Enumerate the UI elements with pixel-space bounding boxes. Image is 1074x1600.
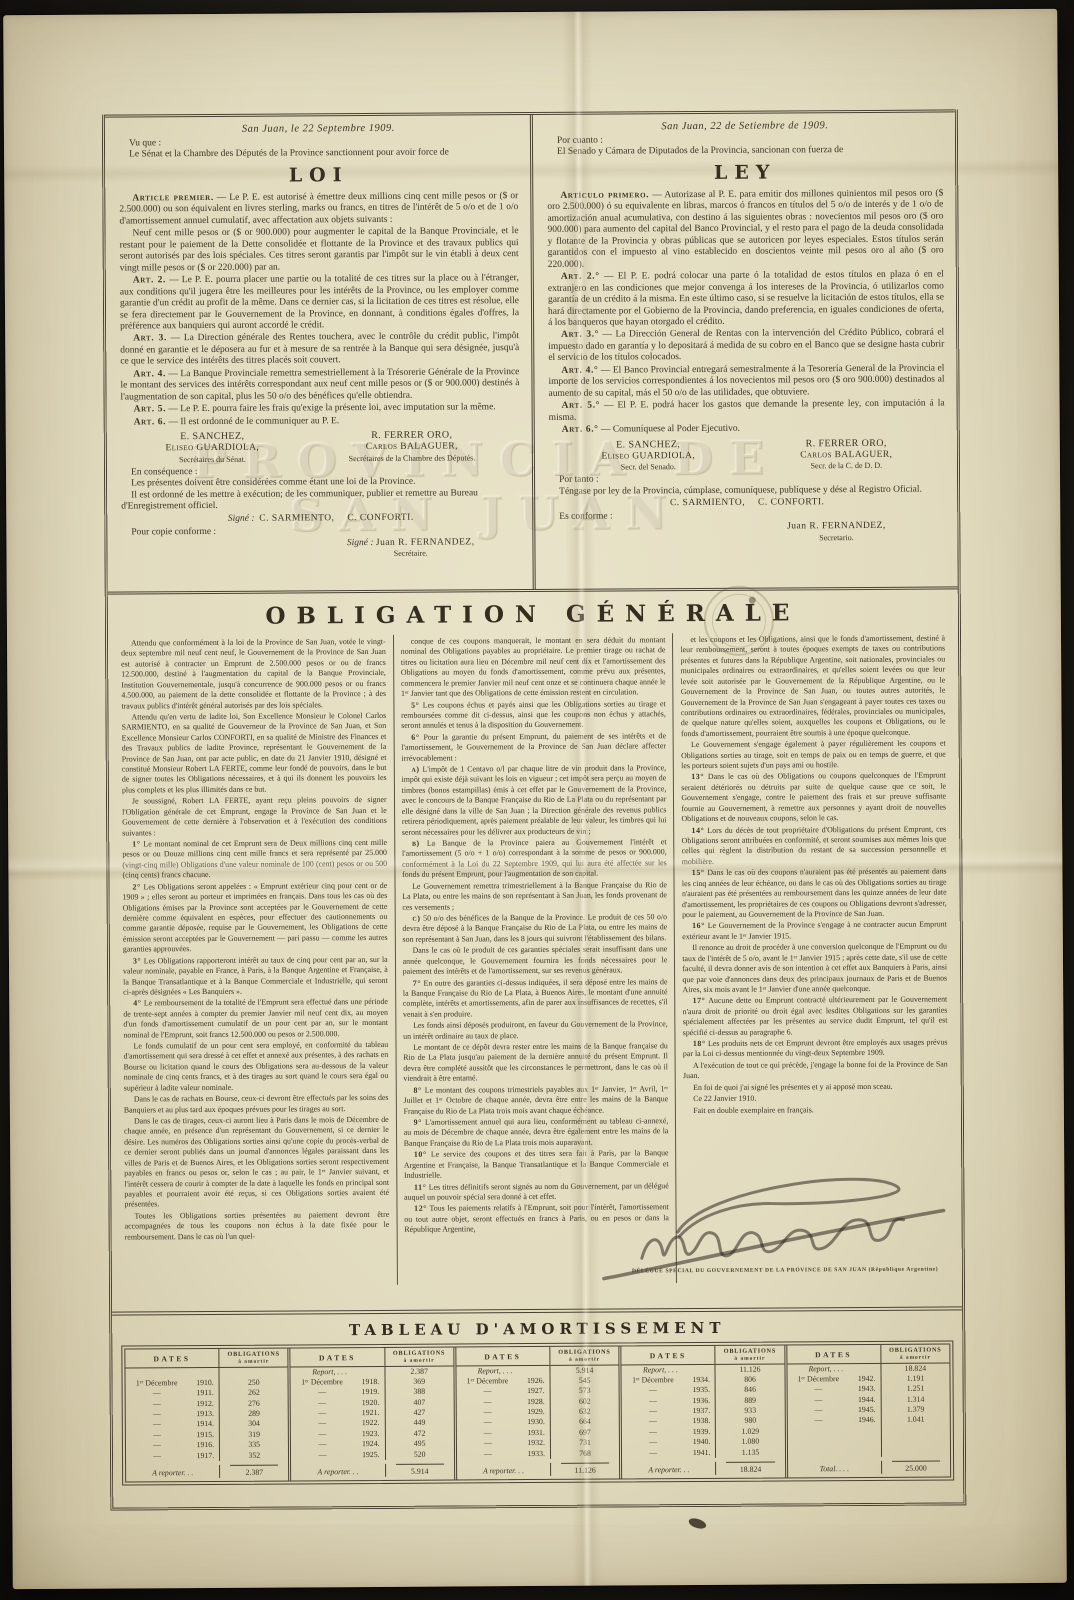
dateline-spanish: San Juan, 22 de Setiembre de 1909. (547, 119, 943, 134)
portanto-line: Téngase por ley de la Provincia, cúmplas… (549, 484, 945, 498)
clause-text: Les titres définitifs seront signés au n… (404, 1181, 669, 1202)
clause-text: Dans le cas de tirages, ceux-ci auront l… (124, 1115, 389, 1209)
article-lead: Art. 6. (134, 417, 166, 427)
table-footer-row: A reporter. . . 18.824 (622, 1461, 785, 1479)
obligation-paragraph: Le montant de ce dépôt devra rester entr… (403, 1041, 668, 1084)
obligation-paragraph: A l'exécution de tout ce qui précède, j'… (683, 1059, 948, 1081)
article-text: — Il est ordonné de le communiquer au P.… (168, 416, 339, 427)
signatory-role: Secrétaires du Sénat. (166, 455, 260, 465)
article-text: — La Direction générale des Rentes touch… (120, 332, 519, 367)
clause-text: Dans le cas où le produit de ces garanti… (403, 944, 668, 975)
law-article: Art. 4. — La Banque Provinciale remettra… (120, 367, 519, 404)
law-section: San Juan, le 22 Septembre 1909. Vu que :… (105, 109, 958, 594)
obligation-paragraph: Attendu qu'en vertu de ladite loi, Son E… (121, 711, 386, 796)
clause-text: et les coupons et les Obligations, ainsi… (680, 633, 945, 737)
obligation-paragraph: conque de ces coupons manquerait, le mon… (401, 635, 666, 699)
obligation-paragraph: 16° Le Gouvernement de la Province s'eng… (682, 920, 947, 942)
obligation-paragraph: 18° Les produits nets de cet Emprunt dev… (683, 1038, 948, 1060)
clause-lead: 9° (414, 1118, 422, 1127)
article-lead: Art. 5.° (562, 401, 600, 411)
clause-text: Dans le cas où des coupons n'auraient pa… (682, 867, 947, 919)
clause-lead: 7° (413, 978, 421, 987)
table-rows: 1ᵉʳ Décembre1942. 1.191 —1943. 1.251 —19… (787, 1373, 950, 1457)
table-row: —1925. 520 (291, 1449, 453, 1460)
clause-text: Le montant de ce dépôt devra rester entr… (403, 1041, 668, 1083)
french-law-column: San Juan, le 22 Septembre 1909. Vu que :… (105, 115, 533, 592)
document-paper: PROVINCIA DE SAN JUAN San Juan, le 22 Se… (3, 9, 1067, 1589)
clause-text: Les produits nets de cet Emprunt devront… (683, 1038, 948, 1059)
obligation-paragraph: Les fonds ainsi déposés produiront, en f… (403, 1019, 668, 1041)
article-lead: Art. 2. (133, 275, 166, 285)
clause-lead: 15° (692, 868, 705, 877)
table-group-2: DATES OBLIGATIONSà amortir Report, . . .… (288, 1348, 454, 1481)
law-article: Art. 6. — Il est ordonné de le communiqu… (121, 415, 520, 429)
table-rows: 1ᵉʳ Décembre1926. 545 —1927. 573 —1928. (456, 1375, 619, 1459)
obligation-paragraph: 1° Le montant nominal de cet Emprunt ser… (122, 838, 387, 881)
clause-lead: 16° (692, 921, 705, 930)
obligations-header: OBLIGATIONSà amortir (220, 1349, 288, 1367)
obligation-paragraph: 15° Dans le cas où des coupons n'auraien… (682, 867, 947, 921)
obligation-paragraph: Toutes les Obligations sorties présentée… (125, 1210, 390, 1243)
table-header-row: DATES OBLIGATIONSà amortir (125, 1349, 288, 1368)
signature-block-senate: E. SANCHEZ, Eliseo GUARDIOLA, Secrétaire… (165, 431, 259, 465)
law-intro-line: El Senado y Cámara de Diputados de la Pr… (547, 145, 943, 159)
signed-prefix: Signé : (347, 537, 374, 547)
clause-text: Lors du décès de tout propriétaire d'Obl… (682, 824, 947, 866)
table-rows: 1ᵉʳ Décembre1934. 806 —1935. 846 —1936. (622, 1374, 785, 1458)
clause-lead: 1° (132, 839, 140, 848)
table-row (788, 1446, 950, 1457)
article-lead: Art. 6.° (562, 425, 599, 435)
clause-lead: 11° (414, 1182, 426, 1191)
law-heading-french: LOI (119, 163, 518, 188)
clause-text: Le remboursement de la totalité de l'Emp… (123, 997, 388, 1039)
signatory-name: Carlos BALAGUER, (800, 450, 892, 462)
obligation-paragraph: c) 50 o/o des bénéfices de la Banque de … (402, 912, 667, 945)
signatory-name: R. FERRER ORO, (800, 438, 892, 451)
obligation-paragraph: 17° Aucune dette ou Emprunt contracté ul… (683, 995, 948, 1038)
clause-text: Toutes les Obligations sorties présentée… (125, 1210, 390, 1241)
obligation-paragraph: a) L'impôt de 1 Centavo o/l par chaque l… (401, 763, 666, 838)
obligation-paragraph: Dans le cas de tirages, ceux-ci auront l… (124, 1115, 389, 1210)
law-heading-spanish: LEY (547, 160, 943, 185)
signed-prefix: Signé : (228, 513, 255, 523)
clause-lead: 14° (692, 826, 705, 835)
law-article: Article premier. — Le P. E. est autorisé… (119, 191, 518, 228)
spanish-articles: Artículo primero. — Autorizase al P. E. … (547, 188, 944, 437)
clause-text: Le fonds cumulatif de un pour cent sera … (124, 1040, 389, 1092)
law-article: Art. 3. — La Direction générale des Rent… (120, 332, 519, 369)
law-article: Art. 6.° — Comuníquese al Poder Ejecutiv… (549, 423, 945, 437)
law-article: Art. 2. — Le P. E. pourra placer une par… (120, 273, 519, 333)
article-text: Neuf cent mille pesos or ($ or 900.000) … (120, 226, 519, 273)
table-header-row: DATES OBLIGATIONSà amortir (787, 1344, 950, 1363)
obligation-paragraph: Il renonce au droit de procéder à une co… (682, 942, 947, 996)
signatory-role: Secr. de la C. de D. D. (800, 461, 892, 471)
obligation-paragraph: 8° Le montant des coupons trimestriels p… (403, 1084, 668, 1117)
clause-text: Le montant nominal de cet Emprunt sera d… (122, 838, 387, 880)
signed-role: Secretario. (728, 532, 946, 543)
obligation-column-1: Attendu que conformément à la loi de la … (114, 635, 397, 1287)
photo-backdrop: { "law_fr": { "dateline": "San Juan, le … (0, 0, 1074, 1600)
signatory-name: E. SANCHEZ, (601, 439, 695, 452)
obligation-paragraph: 12° Tous les paiements relatifs à l'Empr… (404, 1203, 669, 1236)
clause-lead: a) (411, 765, 419, 774)
ink-blot (687, 1517, 707, 1531)
clause-text: Les coupons échus et payés ainsi que les… (401, 699, 666, 730)
table-row: —1933. 768 (457, 1448, 619, 1459)
signatory-name: Carlos BALAGUER, (349, 442, 476, 454)
article-text: — La Dirección General de Rentas con la … (548, 328, 944, 363)
clause-text: L'impôt de 1 Centavo o/l par chaque litr… (402, 763, 667, 836)
amortization-table: DATES OBLIGATIONSà amortir 1ᵉʳ Décembre1… (121, 1340, 954, 1485)
clause-text: Fait en double exemplaire en français. (693, 1105, 814, 1115)
french-articles: Article premier. — Le P. E. est autorisé… (119, 191, 519, 429)
article-text: — El Banco Provincial entregará semestra… (548, 363, 944, 398)
clause-lead: 3° (133, 956, 141, 965)
article-lead: Art. 2.° (561, 272, 600, 282)
dates-header: DATES (622, 1346, 716, 1364)
law-article: Art. 2.° — El P. E. podrá colocar una pa… (548, 270, 944, 330)
clause-text: L'amortissement annuel qui aura lieu, co… (404, 1116, 669, 1147)
table-header-row: DATES OBLIGATIONSà amortir (456, 1346, 619, 1365)
clause-text: En foi de quoi j'ai signé les présentes … (693, 1082, 893, 1092)
amortization-table-inner: DATES OBLIGATIONSà amortir 1ᵉʳ Décembre1… (124, 1343, 951, 1482)
signatory-name: Eliseo GUARDIOLA, (165, 443, 259, 455)
table-group-4: DATES OBLIGATIONSà amortir Report, . . .… (619, 1345, 785, 1478)
obligations-header: OBLIGATIONSà amortir (716, 1345, 784, 1363)
signed-name: Juan R. FERNANDEZ, (787, 521, 886, 532)
clause-text: Le service des coupons et des titres ser… (404, 1148, 669, 1179)
clause-lead: 6° (411, 733, 419, 742)
signatory-name: Eliseo GUARDIOLA, (601, 451, 695, 463)
clause-lead: 5° (411, 700, 419, 709)
table-group-5: DATES OBLIGATIONSà amortir Report, . . .… (784, 1344, 950, 1477)
secretaries-signatures: E. SANCHEZ, Eliseo GUARDIOLA, Secrétaire… (121, 429, 520, 465)
article-text: — El P. E. podrá colocar una parte ó la … (548, 270, 944, 328)
obligations-header: OBLIGATIONSà amortir (385, 1348, 453, 1366)
obligation-paragraph: Je soussigné, Robert LA FERTE, ayant reç… (122, 795, 387, 838)
dates-header: DATES (125, 1349, 219, 1367)
clause-text: La Banque de la Province paiera au Gouve… (402, 837, 667, 879)
law-article: Artículo primero. — Autorizase al P. E. … (547, 188, 943, 271)
table-header-row: DATES OBLIGATIONSà amortir (622, 1345, 785, 1364)
signature-block-deputies: R. FERRER ORO, Carlos BALAGUER, Secr. de… (800, 438, 892, 472)
obligation-paragraph: 7° En outre des garanties ci-dessus indi… (403, 977, 668, 1020)
clause-text: Le Gouvernement de la Province s'engage … (682, 920, 947, 941)
obligations-header: OBLIGATIONSà amortir (550, 1346, 618, 1364)
spanish-law-column: San Juan, 22 de Setiembre de 1909. Por c… (530, 112, 958, 589)
obligation-paragraph: 10° Le service des coupons et des titres… (404, 1148, 669, 1181)
obligation-paragraph: 13° Dans le cas où des Obligations ou co… (681, 771, 946, 825)
clause-text: Le Gouvernement remettra trimestrielleme… (402, 880, 667, 911)
article-lead: Artículo primero. (560, 190, 649, 201)
obligation-column-3: et les coupons et les Obligations, ainsi… (672, 631, 956, 1283)
clause-text: Attendu qu'en vertu de ladite loi, Son E… (122, 711, 387, 795)
secretary-signed-block: Signé : Juan R. FERNANDEZ, Secrétaire. (301, 537, 521, 559)
law-intro-line: Le Sénat et la Chambre des Députés de la… (119, 147, 518, 161)
obligation-paragraph: Fait en double exemplaire en français. (683, 1104, 948, 1116)
obligation-paragraph: 14° Lors du décès de tout propriétaire d… (682, 824, 947, 867)
obligation-paragraph: Le Gouvernement s'engage également à pay… (681, 739, 946, 772)
clause-text: Il renonce au droit de procéder à une co… (682, 942, 947, 994)
clause-text: Dans le cas de rachats en Bourse, ceux-c… (124, 1093, 389, 1114)
article-lead: Art. 5. (134, 405, 166, 415)
table-header-row: DATES OBLIGATIONSà amortir (291, 1348, 454, 1367)
clause-text: Les Obligations rapporteront intérêt au … (123, 955, 388, 997)
signatory-name: E. SANCHEZ, (165, 431, 259, 444)
table-footer-row: Total. . . . 25.000 (788, 1459, 951, 1477)
clause-text: Je soussigné, Robert LA FERTE, ayant reç… (122, 795, 387, 837)
article-lead: Art. 4. (133, 369, 166, 379)
dateline-french: San Juan, le 22 Septembre 1909. (119, 122, 518, 137)
clause-text: Les Obligations seront appelées : « Empr… (123, 881, 388, 954)
obligation-paragraph: 11° Les titres définitifs seront signés … (404, 1181, 669, 1203)
clause-lead: 12° (414, 1204, 427, 1213)
signatory-name: R. FERRER ORO, (348, 430, 475, 443)
clause-text: En outre des garanties ci-dessus indiqué… (403, 977, 668, 1019)
obligation-paragraph: 5° Les coupons échus et payés ainsi que … (401, 699, 666, 732)
table-footer-row: A reporter. . . 11.126 (457, 1462, 620, 1480)
obligation-paragraph: En foi de quoi j'ai signé les présentes … (683, 1081, 948, 1093)
table-rows: 1ᵉʳ Décembre1910. 250 —1911. 262 —1912. (126, 1377, 289, 1461)
clause-lead: 13° (691, 772, 704, 781)
table-rows: 1ᵉʳ Décembre1918. 369 —1919. 388 —1920. (291, 1376, 454, 1460)
clause-lead: 10° (414, 1150, 427, 1159)
obligation-paragraph: Dans le cas où le produit de ces garanti… (403, 944, 668, 977)
table-footer-row: A reporter. . . 2.387 (126, 1464, 289, 1482)
article-text: — El P. E. podrá hacer los gastos que de… (549, 399, 945, 423)
obligation-paragraph: Le Gouvernement remettra trimestrielleme… (402, 880, 667, 913)
clause-text: Le Gouvernement s'engage également à pay… (681, 739, 946, 770)
table-group-1: DATES OBLIGATIONSà amortir 1ᵉʳ Décembre1… (125, 1349, 288, 1482)
article-lead: Article premier. (132, 193, 214, 203)
obligation-paragraph: 4° Le remboursement de la totalité de l'… (123, 997, 388, 1040)
table-footer-row: A reporter. . . 5.914 (291, 1463, 454, 1481)
signature-block-senate: E. SANCHEZ, Eliseo GUARDIOLA, Secr. del … (601, 439, 695, 473)
law-article: Art. 4.° — El Banco Provincial entregará… (548, 363, 944, 400)
signatory-role: Secr. del Senado. (601, 462, 695, 472)
obligation-paragraph: 6° Pour la garantie du présent Emprunt, … (401, 731, 666, 764)
clause-lead: 8° (413, 1085, 421, 1094)
obligation-paragraph: et les coupons et les Obligations, ainsi… (680, 633, 945, 739)
law-article: Neuf cent mille pesos or ($ or 900.000) … (120, 226, 519, 274)
law-article: Art. 3.° — La Dirección General de Renta… (548, 328, 944, 365)
obligation-column-2: conque de ces coupons manquerait, le mon… (393, 633, 677, 1285)
obligation-paragraph: 3° Les Obligations rapporteront intérêt … (123, 955, 388, 998)
article-lead: Art. 3.° (561, 330, 599, 340)
clause-lead: b) (412, 839, 420, 848)
signed-names: C. SARMIENTO, C. CONFORTI. (549, 497, 945, 511)
secretary-signed-block: Juan R. FERNANDEZ, Secretario. (727, 521, 945, 543)
table-group-3: DATES OBLIGATIONSà amortir Report, . . .… (453, 1346, 619, 1479)
obligation-paragraph: Le fonds cumulatif de un pour cent sera … (123, 1040, 388, 1094)
dates-header: DATES (291, 1348, 385, 1366)
clause-text: Attendu que conformément à la loi de la … (121, 637, 386, 710)
signed-line: Signé : C. SARMIENTO, C. CONFORTI. (121, 512, 520, 526)
clause-text: A l'exécution de tout ce qui précède, j'… (683, 1059, 948, 1080)
obligation-columns: Attendu que conformément à la loi de la … (108, 631, 962, 1286)
obligation-title: OBLIGATION GÉNÉRALE (108, 598, 958, 630)
signed-role: Secrétaire. (301, 548, 521, 559)
clause-text: 50 o/o des bénéfices de la Banque de la … (402, 912, 667, 943)
clause-text: conque de ces coupons manquerait, le mon… (401, 635, 666, 698)
table-row: —1917. 352 (126, 1450, 288, 1461)
clause-lead: 17° (693, 996, 706, 1005)
law-article: Art. 5. — Le P. E. pourra faire les frai… (121, 402, 520, 416)
article-text: — Le P. E. pourra placer une partie ou l… (120, 273, 519, 331)
clause-lead: 2° (133, 882, 141, 891)
article-text: — Comuníquese al Poder Ejecutivo. (601, 424, 740, 435)
dates-header: DATES (456, 1347, 550, 1365)
amortization-table-title: TABLEAU D'AMORTISSEMENT (112, 1317, 962, 1340)
clause-text: Tous les paiements relatifs à l'Emprunt,… (404, 1203, 669, 1234)
obligation-paragraph: 2° Les Obligations seront appelées : « E… (123, 881, 388, 956)
signature-block-deputies: R. FERRER ORO, Carlos BALAGUER, Secrétai… (348, 430, 475, 464)
dates-header: DATES (787, 1345, 881, 1363)
clause-text: Les fonds ainsi déposés produiront, en f… (403, 1019, 668, 1040)
signed-name: Juan R. FERNANDEZ, (376, 537, 475, 548)
clause-text: Le montant des coupons trimestriels paya… (403, 1084, 668, 1115)
article-lead: Art. 4.° (561, 366, 598, 376)
obligation-paragraph: 9° L'amortissement annuel qui aura lieu,… (404, 1116, 669, 1149)
clause-lead: 18° (693, 1039, 706, 1048)
clause-text: Aucune dette ou Emprunt contracté ultéri… (683, 995, 948, 1037)
obligation-paragraph: Ce 22 Janvier 1910. (683, 1093, 948, 1105)
clause-text: Dans le cas où des Obligations ou coupon… (681, 771, 946, 823)
table-row: —1941. 1.135 (622, 1447, 784, 1458)
article-lead: Art. 3. (133, 334, 167, 344)
article-text: — La Banque Provinciale remettra semestr… (120, 367, 519, 402)
obligation-section: OBLIGATION GÉNÉRALE Attendu que conformé… (108, 598, 962, 1311)
signatory-role: Secrétaires de la Chambre des Députés. (349, 453, 476, 463)
law-article: Art. 5.° — El P. E. podrá hacer los gast… (549, 399, 945, 424)
clause-text: Pour la garantie du présent Emprunt, du … (401, 731, 666, 762)
obligations-header: OBLIGATIONSà amortir (881, 1344, 949, 1362)
obligation-paragraph: Dans le cas de rachats en Bourse, ceux-c… (124, 1093, 389, 1115)
clause-lead: 4° (133, 999, 141, 1008)
clause-text: Ce 22 Janvier 1910. (693, 1094, 756, 1103)
secretaries-signatures: E. SANCHEZ, Eliseo GUARDIOLA, Secr. del … (549, 437, 945, 473)
signed-names: C. SARMIENTO, C. CONFORTI. (259, 512, 414, 523)
page-frame: San Juan, le 22 Septembre 1909. Vu que :… (102, 109, 967, 1510)
article-text: — Le P. E. pourra faire les frais qu'exi… (168, 403, 495, 415)
consequence-line: Il est ordonné de les mettre à exécution… (121, 488, 520, 513)
ink-spot (749, 597, 756, 604)
clause-lead: c) (412, 914, 420, 923)
obligation-paragraph: Attendu que conformément à la loi de la … (121, 637, 386, 712)
obligation-paragraph: b) La Banque de la Province paiera au Go… (402, 837, 667, 880)
